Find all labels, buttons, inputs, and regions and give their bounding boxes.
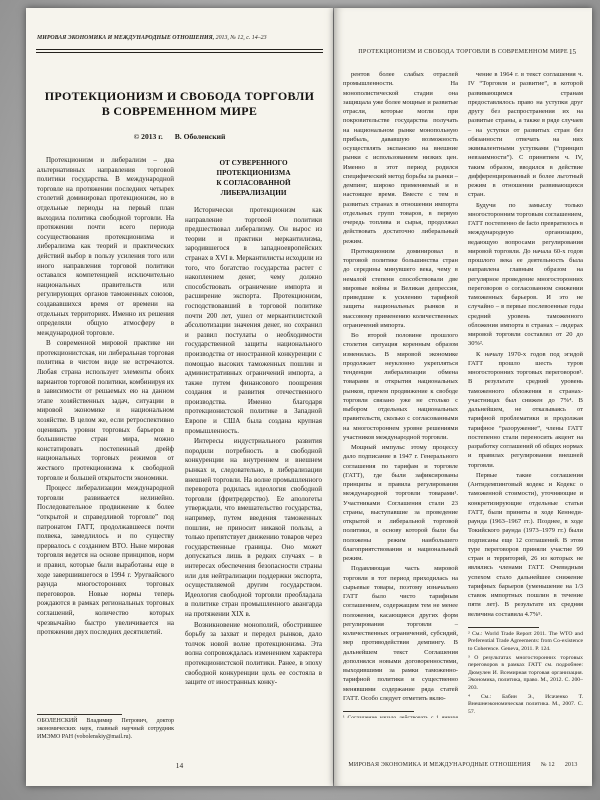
- author-footnote-block: ОБОЛЕНСКИЙ Владимир Петрович, доктор эко…: [37, 707, 174, 744]
- journal-footer-line: МИРОВАЯ ЭКОНОМИКА И МЕЖДУНАРОДНЫЕ ОТНОШЕ…: [334, 762, 592, 768]
- footnote: ¹ Соглашение начало действовать с 1 янва…: [343, 715, 458, 718]
- article-title-line2: В СОВРЕМЕННОМ МИРЕ: [40, 104, 319, 119]
- paragraph: Будучи по замыслу только многосторонним …: [468, 201, 583, 349]
- left-page-columns: Протекционизм и либерализм – два альтерн…: [37, 156, 322, 744]
- running-header-title: ПРОТЕКЦИОНИЗМ И СВОБОДА ТОРГОВЛИ В СОВРЕ…: [346, 48, 580, 55]
- footnote-block: ¹ Соглашение начало действовать с 1 янва…: [343, 704, 458, 718]
- journal-issue-number: № 12: [541, 762, 555, 768]
- footnote-rule: [37, 714, 122, 715]
- article-title-line1: ПРОТЕКЦИОНИЗМ И СВОБОДА ТОРГОВЛИ: [40, 89, 319, 104]
- right-page-columns: рентов более слабых отраслей промышленно…: [343, 70, 583, 718]
- journal-name: МИРОВАЯ ЭКОНОМИКА И МЕЖДУНАРОДНЫЕ ОТНОШЕ…: [348, 762, 530, 768]
- paragraph: К началу 1970-х годов под эгидой ГАТТ пр…: [468, 350, 583, 470]
- section-heading: ОТ СУВЕРЕННОГО ПРОТЕКЦИОНИЗМА К СОГЛАСОВ…: [189, 158, 318, 198]
- paragraph: Процесс либерализации международной торг…: [37, 484, 174, 638]
- footnote-rule: [343, 711, 414, 712]
- paragraph: чение в 1964 г. в текст соглашения ч. IV…: [468, 70, 583, 200]
- section-heading-line2: К СОГЛАСОВАННОЙ ЛИБЕРАЛИЗАЦИИ: [189, 178, 318, 198]
- journal-issue-info: 2013, № 12, с. 14–23: [214, 35, 266, 41]
- double-rule-divider: [36, 49, 323, 53]
- journal-page-15: ПРОТЕКЦИОНИЗМ И СВОБОДА ТОРГОВЛИ В СОВРЕ…: [334, 8, 592, 786]
- journal-year: 2013: [565, 762, 578, 768]
- byline: © 2013 г.В. Оболенский: [26, 132, 333, 141]
- paragraph: В современной мировой практике ни протек…: [37, 339, 174, 483]
- paragraph: рентов более слабых отраслей промышленно…: [343, 70, 458, 246]
- page-number: 15: [569, 48, 576, 56]
- paragraph: Интересы индустриального развития породи…: [185, 437, 322, 619]
- journal-header-line: МИРОВАЯ ЭКОНОМИКА И МЕЖДУНАРОДНЫЕ ОТНОШЕ…: [37, 34, 322, 42]
- paragraph: Мощный импульс этому процессу дало подпи…: [343, 443, 458, 563]
- section-heading-line1: ОТ СУВЕРЕННОГО ПРОТЕКЦИОНИЗМА: [189, 158, 318, 178]
- author-footnote: ОБОЛЕНСКИЙ Владимир Петрович, доктор эко…: [37, 718, 174, 742]
- scanned-journal-spread: МИРОВАЯ ЭКОНОМИКА И МЕЖДУНАРОДНЫЕ ОТНОШЕ…: [0, 0, 600, 800]
- left-page-column-1: Протекционизм и либерализм – два альтерн…: [37, 156, 174, 744]
- paragraph: Протекционизм доминировал в торговой пол…: [343, 247, 458, 330]
- paragraph: Возникновение монополий, обострившее бор…: [185, 621, 322, 688]
- author-name: В. Оболенский: [175, 132, 226, 141]
- footnote-rule: [468, 627, 539, 628]
- footnote: ⁴ См.: Бабин Э., Исаченко Т. Внешнеэконо…: [468, 694, 583, 716]
- footnote-block: ² См.: World Trade Report 2011. The WTO …: [468, 620, 583, 718]
- left-page-column-2: ОТ СУВЕРЕННОГО ПРОТЕКЦИОНИЗМА К СОГЛАСОВ…: [185, 156, 322, 744]
- footnote: ³ О результатах многосторонних торговых …: [468, 655, 583, 692]
- paragraph: Исторически протекционизм как направлени…: [185, 206, 322, 436]
- paragraph: Подавляющая часть мировой торговли в тот…: [343, 564, 458, 703]
- paragraph: Первые такие соглашения (Антидемпинговый…: [468, 471, 583, 619]
- article-title: ПРОТЕКЦИОНИЗМ И СВОБОДА ТОРГОВЛИ В СОВРЕ…: [40, 89, 319, 119]
- running-header: ПРОТЕКЦИОНИЗМ И СВОБОДА ТОРГОВЛИ В СОВРЕ…: [346, 48, 580, 58]
- journal-page-14: МИРОВАЯ ЭКОНОМИКА И МЕЖДУНАРОДНЫЕ ОТНОШЕ…: [26, 8, 333, 786]
- page-number: 14: [26, 761, 333, 770]
- paragraph: Протекционизм и либерализм – два альтерн…: [37, 156, 174, 338]
- copyright-notice: © 2013 г.: [134, 132, 163, 141]
- paragraph: Во второй половине прошлого столетия сит…: [343, 331, 458, 442]
- right-page-column-2: чение в 1964 г. в текст соглашения ч. IV…: [468, 70, 583, 718]
- right-page-column-1: рентов более слабых отраслей промышленно…: [343, 70, 458, 718]
- footnote: ² См.: World Trade Report 2011. The WTO …: [468, 631, 583, 653]
- journal-name: МИРОВАЯ ЭКОНОМИКА И МЕЖДУНАРОДНЫЕ ОТНОШЕ…: [37, 35, 214, 41]
